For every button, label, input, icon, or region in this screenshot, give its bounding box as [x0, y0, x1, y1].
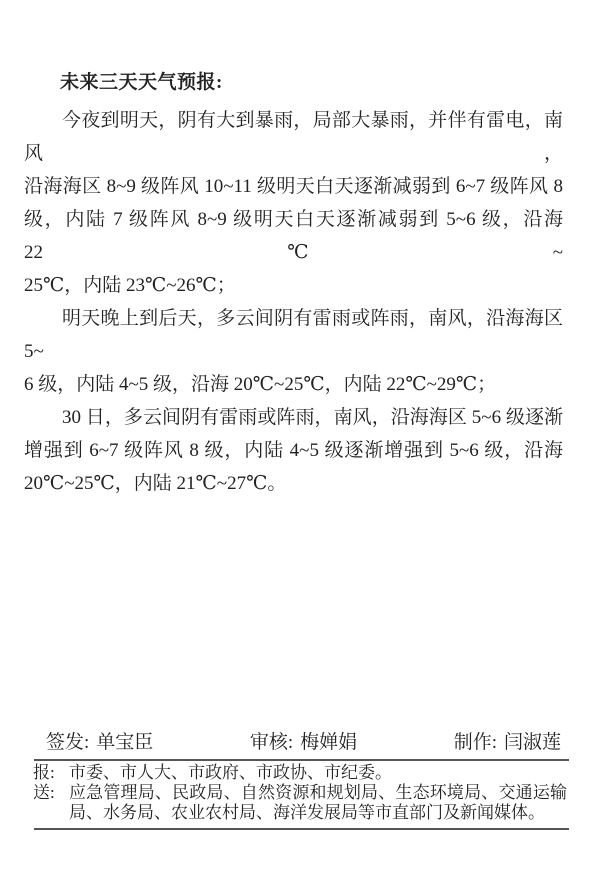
paragraph-line: 30 日，多云间阴有雷雨或阵雨，南风，沿海海区 5~6 级逐渐: [24, 401, 563, 434]
paragraph-line: 级，内陆 7 级阵风 8~9 级明天白天逐渐减弱到 5~6 级，沿海 22℃~: [24, 203, 563, 269]
note-row: 报:市委、市人大、市政府、市政协、市纪委。: [33, 763, 567, 783]
signoff-name: 单宝臣: [96, 732, 153, 753]
signoff-label: 审核:: [250, 732, 293, 753]
signoff-item: 制作:闫淑莲: [454, 729, 561, 756]
signoff-name: 闫淑莲: [504, 732, 561, 753]
signoff-item: 签发:单宝臣: [46, 729, 153, 756]
paragraph: 30 日，多云间阴有雷雨或阵雨，南风，沿海海区 5~6 级逐渐增强到 6~7 级…: [24, 401, 563, 500]
document-page: 未来三天天气预报: 今夜到明天，阴有大到暴雨，局部大暴雨，并伴有雷电，南风，沿海…: [0, 0, 599, 880]
note-text: 应急管理局、民政局、自然资源和规划局、生态环境局、交通运输局、水务局、农业农村局…: [69, 783, 567, 823]
paragraph-line: 沿海海区 8~9 级阵风 10~11 级明天白天逐渐减弱到 6~7 级阵风 8: [24, 170, 563, 203]
paragraph-line: 20℃~25℃，内陆 21℃~27℃。: [24, 467, 563, 500]
distribution-notes: 报:市委、市人大、市政府、市政协、市纪委。送:应急管理局、民政局、自然资源和规划…: [33, 763, 567, 823]
signoff-name: 梅婵娟: [300, 732, 357, 753]
note-text: 市委、市人大、市政府、市政协、市纪委。: [69, 763, 567, 783]
signoff-label: 签发:: [46, 732, 89, 753]
paragraph-line: 25℃，内陆 23℃~26℃；: [24, 269, 563, 302]
paragraph: 明天晚上到后天，多云间阴有雷雨或阵雨，南风，沿海海区 5~6 级，内陆 4~5 …: [24, 302, 563, 401]
paragraph-line: 增强到 6~7 级阵风 8 级，内陆 4~5 级逐渐增强到 5~6 级，沿海: [24, 434, 563, 467]
note-label: 送:: [33, 783, 69, 803]
signoff-row: 签发:单宝臣审核:梅婵娟制作:闫淑莲: [46, 729, 561, 756]
note-label: 报:: [33, 763, 69, 783]
forecast-body: 今夜到明天，阴有大到暴雨，局部大暴雨，并伴有雷电，南风，沿海海区 8~9 级阵风…: [24, 104, 563, 500]
page-title: 未来三天天气预报:: [60, 66, 223, 99]
divider-top: [34, 759, 569, 761]
paragraph-line: 6 级，内陆 4~5 级，沿海 20℃~25℃，内陆 22℃~29℃；: [24, 368, 563, 401]
divider-bottom: [34, 828, 569, 830]
paragraph-line: 今夜到明天，阴有大到暴雨，局部大暴雨，并伴有雷电，南风，: [24, 104, 563, 170]
signoff-label: 制作:: [454, 732, 497, 753]
signoff-item: 审核:梅婵娟: [250, 729, 357, 756]
note-row: 送:应急管理局、民政局、自然资源和规划局、生态环境局、交通运输局、水务局、农业农…: [33, 783, 567, 823]
paragraph-line: 明天晚上到后天，多云间阴有雷雨或阵雨，南风，沿海海区 5~: [24, 302, 563, 368]
paragraph: 今夜到明天，阴有大到暴雨，局部大暴雨，并伴有雷电，南风，沿海海区 8~9 级阵风…: [24, 104, 563, 302]
